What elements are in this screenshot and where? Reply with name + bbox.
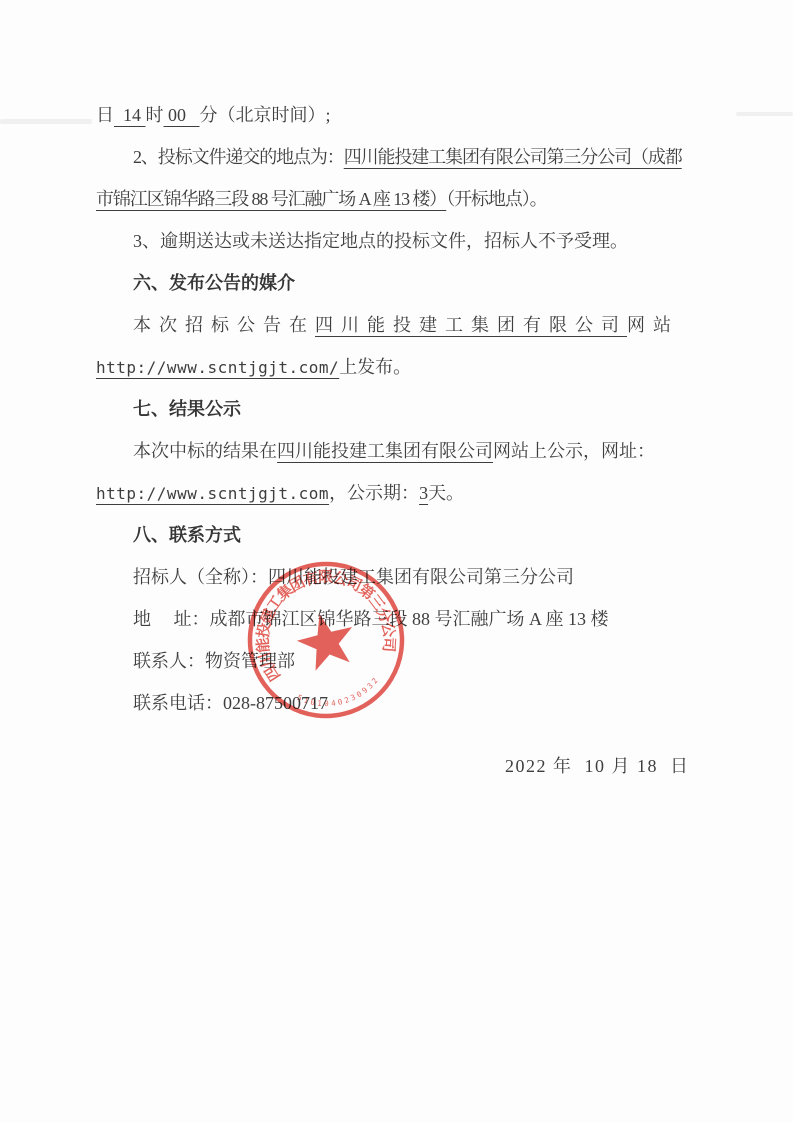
text-segment: （开标地点）。 (446, 189, 546, 209)
text-line: 本次招标公告在四川能投建工集团有限公司网站 (96, 304, 716, 346)
underlined-text-segment: 3 (419, 483, 428, 503)
text-segment: 上发布。 (339, 357, 411, 377)
text-line: 招标人（全称）：四川能投建工集团有限公司第三分公司 (96, 556, 716, 598)
body-text: 日 14 时 00 分（北京时间）;2、投标文件递交的地点为：四川能投建工集团有… (96, 94, 716, 724)
text-segment: 六、发布公告的媒介 (133, 273, 295, 293)
text-line: http://www.scntjgjt.com，公示期：3天。 (96, 472, 716, 514)
text-segment: 时 (146, 105, 164, 125)
text-segment: 联系电话：028-87500717 (133, 693, 328, 713)
text-segment: 3、逾期送达或未送达指定地点的投标文件，招标人不予受理。 (133, 231, 628, 251)
text-line: 七、结果公示 (96, 388, 716, 430)
date-line: 2022 年 10 月 18 日 (505, 752, 690, 778)
underlined-text-segment: 市锦江区锦华路三段 88 号汇融广场 A 座 13 楼） (96, 189, 446, 209)
text-segment: 日 (96, 105, 114, 125)
text-line: 联系电话：028-87500717 (96, 682, 716, 724)
underlined-text-segment: 14 (114, 105, 146, 125)
document-page: 日 14 时 00 分（北京时间）;2、投标文件递交的地点为：四川能投建工集团有… (0, 0, 793, 1123)
scan-artifact (736, 112, 793, 116)
text-line: http://www.scntjgjt.com/上发布。 (96, 346, 716, 388)
text-segment: 本次招标公告在 (133, 315, 315, 335)
text-segment: 本次中标的结果在 (133, 441, 277, 461)
text-segment: 网站上公示，网址： (493, 441, 655, 461)
scan-artifact (0, 119, 92, 124)
text-segment: 网站 (627, 315, 679, 335)
underlined-text-segment: 00 (164, 105, 200, 125)
underlined-text-segment: 四川能投建工集团有限公司 (277, 441, 493, 461)
text-line: 联系人：物资管理部 (96, 640, 716, 682)
text-line: 八、联系方式 (96, 514, 716, 556)
text-line: 市锦江区锦华路三段 88 号汇融广场 A 座 13 楼）（开标地点）。 (96, 178, 716, 220)
text-line: 2、投标文件递交的地点为：四川能投建工集团有限公司第三分公司（成都 (96, 136, 716, 178)
text-segment: ，公示期： (329, 483, 419, 503)
text-segment: 天。 (428, 483, 464, 503)
text-line: 六、发布公告的媒介 (96, 262, 716, 304)
text-segment: 地 址：成都市锦江区锦华路三段 88 号汇融广场 A 座 13 楼 (133, 609, 609, 629)
text-segment: 八、联系方式 (133, 525, 241, 545)
text-line: 地 址：成都市锦江区锦华路三段 88 号汇融广场 A 座 13 楼 (96, 598, 716, 640)
text-segment: 招标人（全称）：四川能投建工集团有限公司第三分公司 (133, 567, 574, 587)
text-segment: 分（北京时间）; (200, 105, 331, 125)
text-line: 日 14 时 00 分（北京时间）; (96, 94, 716, 136)
text-line: 本次中标的结果在四川能投建工集团有限公司网站上公示，网址： (96, 430, 716, 472)
underlined-text-segment: 四川能投建工集团有限公司 (315, 315, 627, 335)
text-segment: 联系人：物资管理部 (133, 651, 295, 671)
text-line: 3、逾期送达或未送达指定地点的投标文件，招标人不予受理。 (96, 220, 716, 262)
text-segment: 2、投标文件递交的地点为： (133, 147, 344, 167)
underlined-text-segment: 四川能投建工集团有限公司第三分公司（成都 (344, 147, 682, 167)
text-segment: 七、结果公示 (133, 399, 241, 419)
underlined-text-segment: http://www.scntjgjt.com/ (96, 358, 339, 377)
underlined-text-segment: http://www.scntjgjt.com (96, 484, 329, 503)
